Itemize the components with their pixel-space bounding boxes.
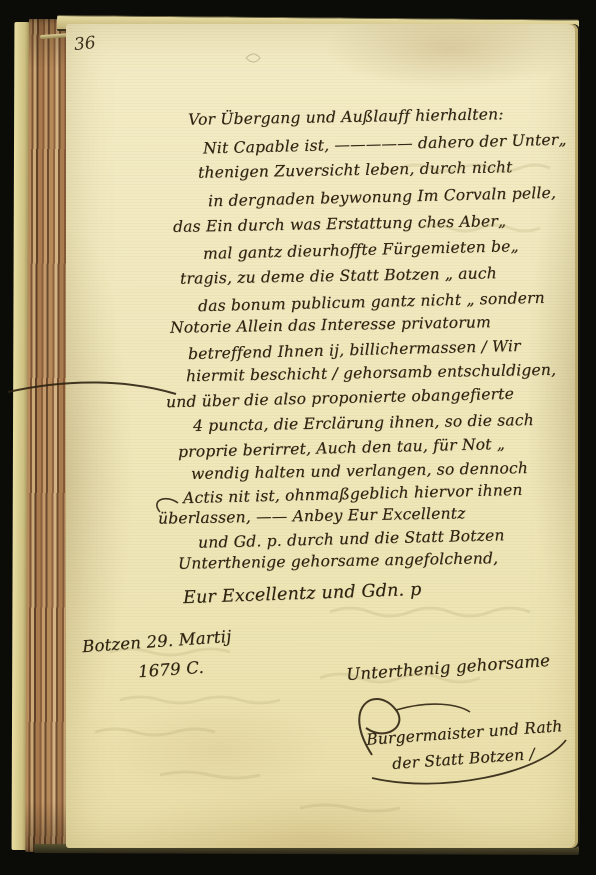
signature-intro: Unterthenig gehorsame — [346, 651, 551, 684]
manuscript-scan: { "photo": { "background_color": "#0b0b0… — [0, 0, 596, 875]
manuscript-line: Nit Capable ist, ————— dahero der Unter„ — [203, 131, 567, 158]
manuscript-line: thenigen Zuversicht leben, durch nicht — [198, 158, 513, 181]
manuscript-line: wendig halten und verlangen, so dennoch — [191, 459, 528, 483]
closing-line: Eur Excellentz und Gdn. p — [183, 580, 422, 608]
manuscript-line: überlassen, —— Anbey Eur Excellentz — [158, 504, 466, 527]
manuscript-line: tragis, zu deme die Statt Botzen „ auch — [180, 264, 497, 288]
manuscript-page: 36 Vor Übergang und Außlauff hierhalten:… — [66, 24, 578, 848]
manuscript-line: 4 puncta, die Erclärung ihnen, so die sa… — [193, 411, 534, 435]
manuscript-line: Notorie Allein das Interesse privatorum — [170, 313, 491, 337]
page-number: 36 — [73, 33, 97, 55]
manuscript-line: und Gd. p. durch und die Statt Botzen — [198, 526, 505, 551]
manuscript-line: Vor Übergang und Außlauff hierhalten: — [188, 105, 504, 129]
manuscript-line: das bonum publicum gantz nicht „ sondern — [198, 289, 545, 315]
dateline: Botzen 29. Martij — [82, 627, 233, 656]
manuscript-line: und über die also proponierte obangefier… — [166, 385, 514, 411]
dateline: 1679 C. — [137, 658, 204, 682]
manuscript-line: in dergnaden beywonung Im Corvaln pelle, — [208, 184, 556, 210]
manuscript-line: Unterthenige gehorsame angefolchend, — [178, 549, 498, 573]
manuscript-line: Actis nit ist, ohnmaßgeblich hiervor ihn… — [183, 481, 523, 507]
manuscript-line: das Ein durch was Erstattung ches Aber„ — [173, 212, 506, 236]
manuscript-line: betreffend Ihnen ij, billichermassen / W… — [188, 337, 521, 363]
manuscript-line: mal gantz dieurhoffte Fürgemieten be„ — [203, 237, 519, 263]
manuscript-line: proprie berirret, Auch den tau, für Not … — [178, 435, 505, 461]
signature-line: der Statt Botzen / — [392, 745, 536, 773]
manuscript-line: hiermit beschicht / gehorsamb entschuldi… — [186, 361, 556, 385]
